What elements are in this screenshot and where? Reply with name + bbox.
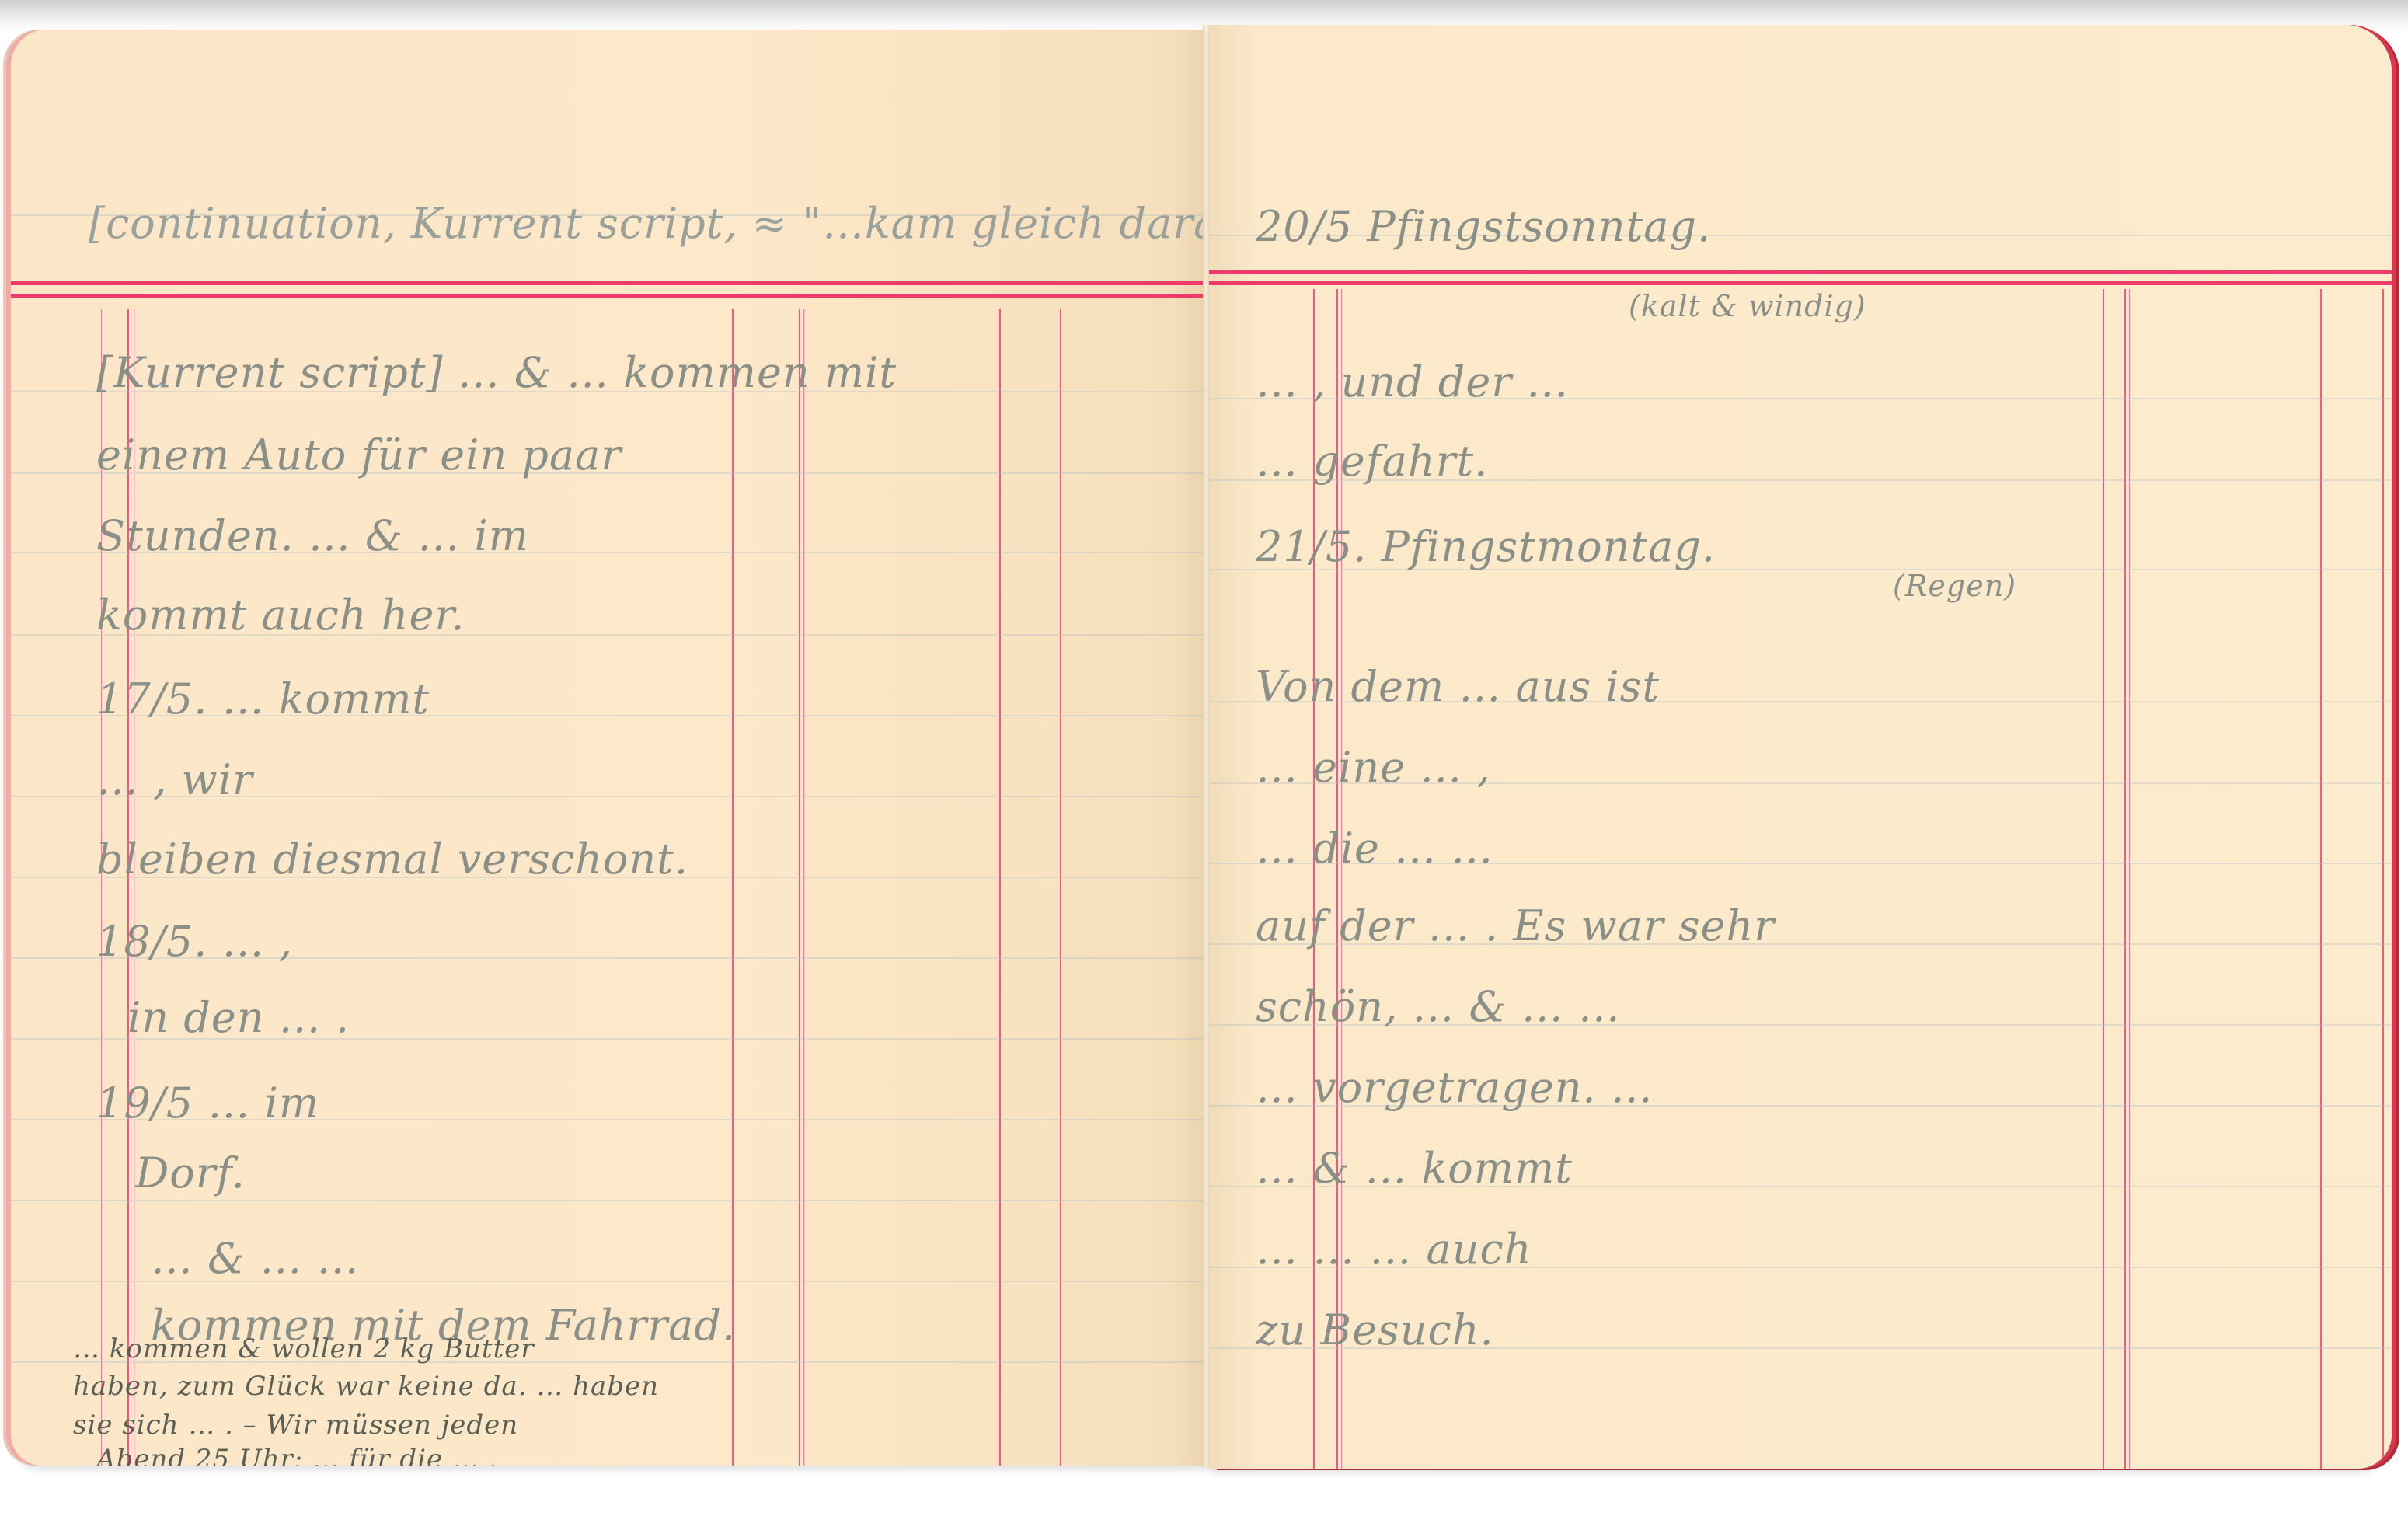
header-rule (11, 294, 1207, 298)
text-line: auf der … . Es war sehr (1256, 901, 1775, 950)
column-rule (999, 309, 1001, 1466)
column-rule (799, 309, 800, 1466)
ink-note-line: Abend 25 Uhr: … für die … . (96, 1444, 498, 1466)
text-line: … vorgetragen. … (1256, 1063, 1654, 1112)
ink-note-line: … kommen & wollen 2 kg Butter (73, 1333, 535, 1364)
text-line: [continuation, Kurrent script, ≈ "…kam g… (89, 199, 1207, 248)
annotation: (Regen) (1893, 569, 2016, 603)
header-rule (1209, 281, 2392, 285)
text-line: zu Besuch. (1256, 1305, 1494, 1354)
text-line: einem Auto für ein paar (96, 430, 622, 479)
header-rule (1209, 270, 2392, 274)
ink-note-line: haben, zum Glück war keine da. … haben (73, 1371, 659, 1402)
text-line: Dorf. (135, 1148, 246, 1197)
text-line: … die … … (1256, 824, 1493, 873)
text-line: 18/5. … , (96, 917, 293, 966)
column-rule (1060, 309, 1061, 1466)
left-page: [continuation, Kurrent script, ≈ "…kam g… (11, 30, 1207, 1466)
text-line: … , wir (96, 755, 253, 804)
column-rule (101, 309, 102, 1466)
column-rule (732, 309, 734, 1466)
text-line: … , und der … (1256, 357, 1569, 406)
column-rule (2129, 289, 2130, 1469)
text-line: … & … … (151, 1234, 360, 1283)
annotation: (kalt & windig) (1629, 289, 1866, 323)
right-page: 20/5 Pfingstsonntag. (kalt & windig) … ,… (1209, 25, 2392, 1469)
text-line: … & … kommt (1256, 1144, 1573, 1193)
text-line: Stunden. … & … im (96, 511, 529, 560)
column-rule (2320, 289, 2322, 1469)
column-rule (803, 309, 804, 1466)
text-line: … … … auch (1256, 1225, 1532, 1274)
text-line: [Kurrent script] … & … kommen mit (96, 348, 897, 397)
header-rule (11, 281, 1207, 285)
text-line: … eine … , (1256, 743, 1491, 792)
text-line: bleiben diesmal verschont. (96, 835, 688, 883)
column-rule (2103, 289, 2104, 1469)
text-line: schön, … & … … (1256, 982, 1621, 1031)
column-rule (2124, 289, 2126, 1469)
ink-note-line: sie sich … . – Wir müssen jeden (73, 1410, 518, 1441)
text-line: Von dem … aus ist (1256, 662, 1660, 711)
entry-heading: 21/5. Pfingstmontag. (1256, 522, 1716, 571)
column-rule (127, 309, 129, 1466)
entry-heading: 20/5 Pfingstsonntag. (1256, 202, 1711, 251)
column-rule (134, 309, 134, 1466)
text-line: in den … . (127, 993, 350, 1042)
column-rule (2382, 289, 2384, 1469)
text-line: 19/5 … im (96, 1079, 319, 1127)
text-line: 17/5. … kommt (96, 674, 430, 723)
text-line: kommt auch her. (96, 591, 465, 640)
text-line: … gefahrt. (1256, 437, 1488, 486)
